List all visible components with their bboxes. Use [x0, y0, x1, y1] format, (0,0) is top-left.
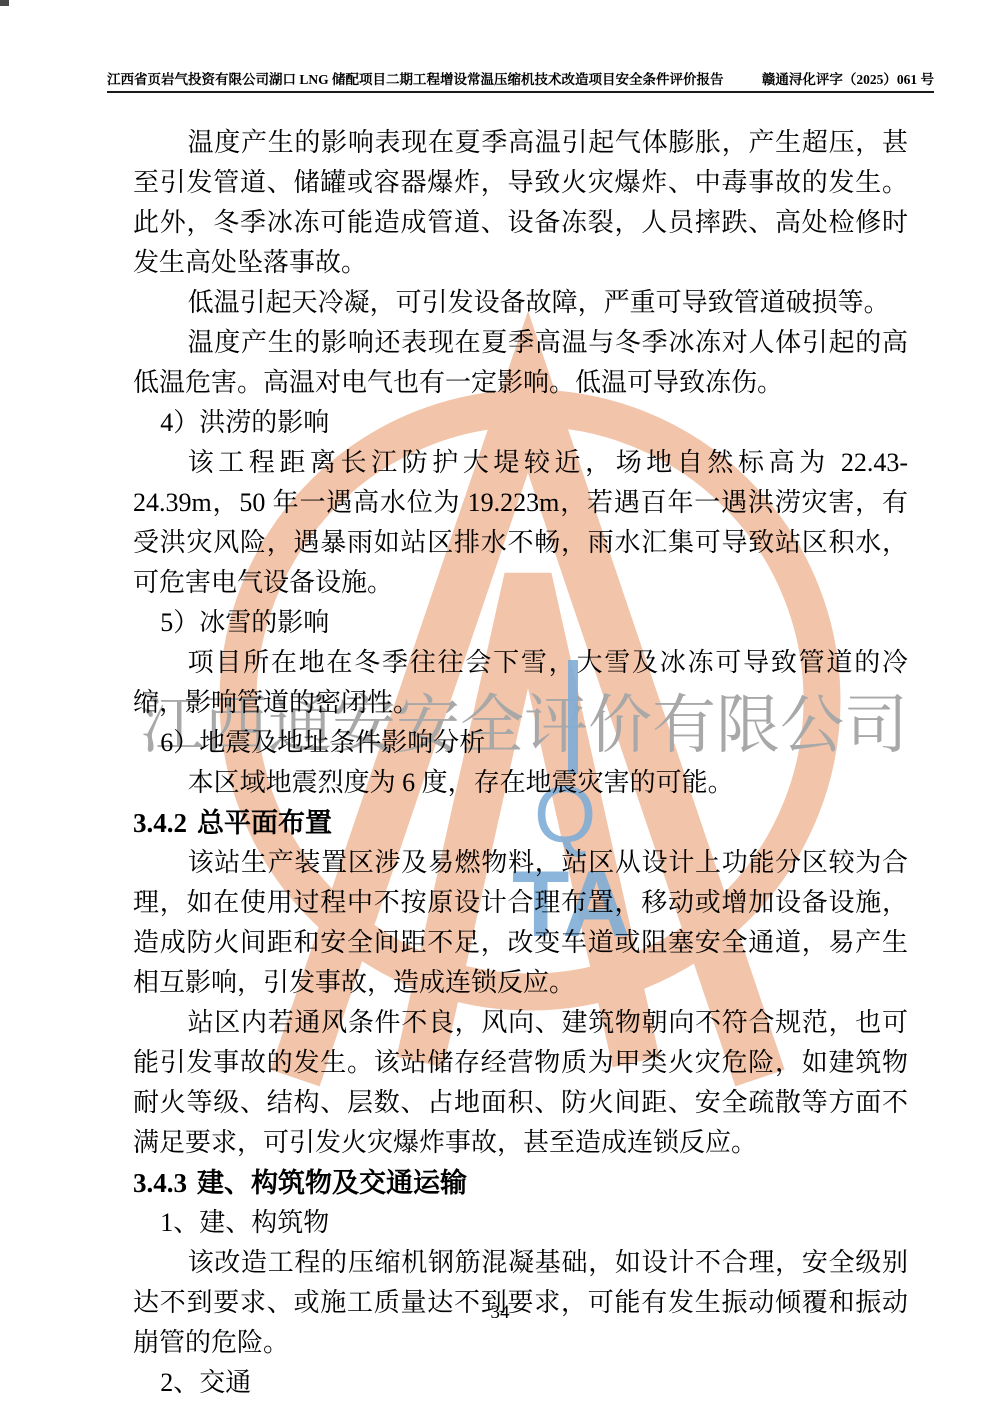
paragraph: 站区内若通风条件不良，风向、建筑物朝向不符合规范，也可能引发事故的发生。该站储存…: [133, 1003, 908, 1163]
list-item: 6）地震及地址条件影响分析: [133, 723, 908, 763]
paragraph: 项目所在地在冬季往往会下雪，大雪及冰冻可导致管道的冷缩，影响管道的密闭性。: [133, 643, 908, 723]
document-body: 温度产生的影响表现在夏季高温引起气体膨胀，产生超压，甚至引发管道、储罐或容器爆炸…: [133, 123, 908, 1403]
paragraph: 本区域地震烈度为 6 度，存在地震灾害的可能。: [133, 763, 908, 803]
scan-artifact: [0, 0, 9, 6]
section-number: 3.4.3: [133, 1168, 187, 1198]
section-title: 建、构筑物及交通运输: [197, 1168, 467, 1198]
list-item: 5）冰雪的影响: [133, 603, 908, 643]
header-doc-number: 赣通浔化评字（2025）061 号: [762, 68, 934, 88]
list-item: 1、建、构筑物: [133, 1203, 908, 1243]
paragraph: 低温引起天冷凝，可引发设备故障，严重可导致管道破损等。: [133, 283, 908, 323]
paragraph: 温度产生的影响表现在夏季高温引起气体膨胀，产生超压，甚至引发管道、储罐或容器爆炸…: [133, 123, 908, 283]
paragraph: 温度产生的影响还表现在夏季高温与冬季冰冻对人体引起的高低温危害。高温对电气也有一…: [133, 323, 908, 403]
section-number: 3.4.2: [133, 808, 187, 838]
page-header: 江西省页岩气投资有限公司湖口 LNG 储配项目二期工程增设常温压缩机技术改造项目…: [107, 68, 934, 93]
page-number: 34: [0, 1302, 1000, 1324]
section-title: 总平面布置: [197, 808, 332, 838]
document-page: 江西通安安全评价有限公司 Q TA 江西省页岩气投资有限公司湖口 LNG 储配项…: [0, 0, 1000, 1414]
paragraph: 该工程距离长江防护大堤较近，场地自然标高为 22.43-24.39m，50 年一…: [133, 443, 908, 603]
list-item: 2、交通: [133, 1363, 908, 1403]
paragraph: 该站生产装置区涉及易燃物料，站区从设计上功能分区较为合理，如在使用过程中不按原设…: [133, 843, 908, 1003]
section-heading: 3.4.3建、构筑物及交通运输: [133, 1163, 908, 1203]
header-report-title: 江西省页岩气投资有限公司湖口 LNG 储配项目二期工程增设常温压缩机技术改造项目…: [107, 68, 724, 88]
list-item: 4）洪涝的影响: [133, 403, 908, 443]
section-heading: 3.4.2总平面布置: [133, 803, 908, 843]
